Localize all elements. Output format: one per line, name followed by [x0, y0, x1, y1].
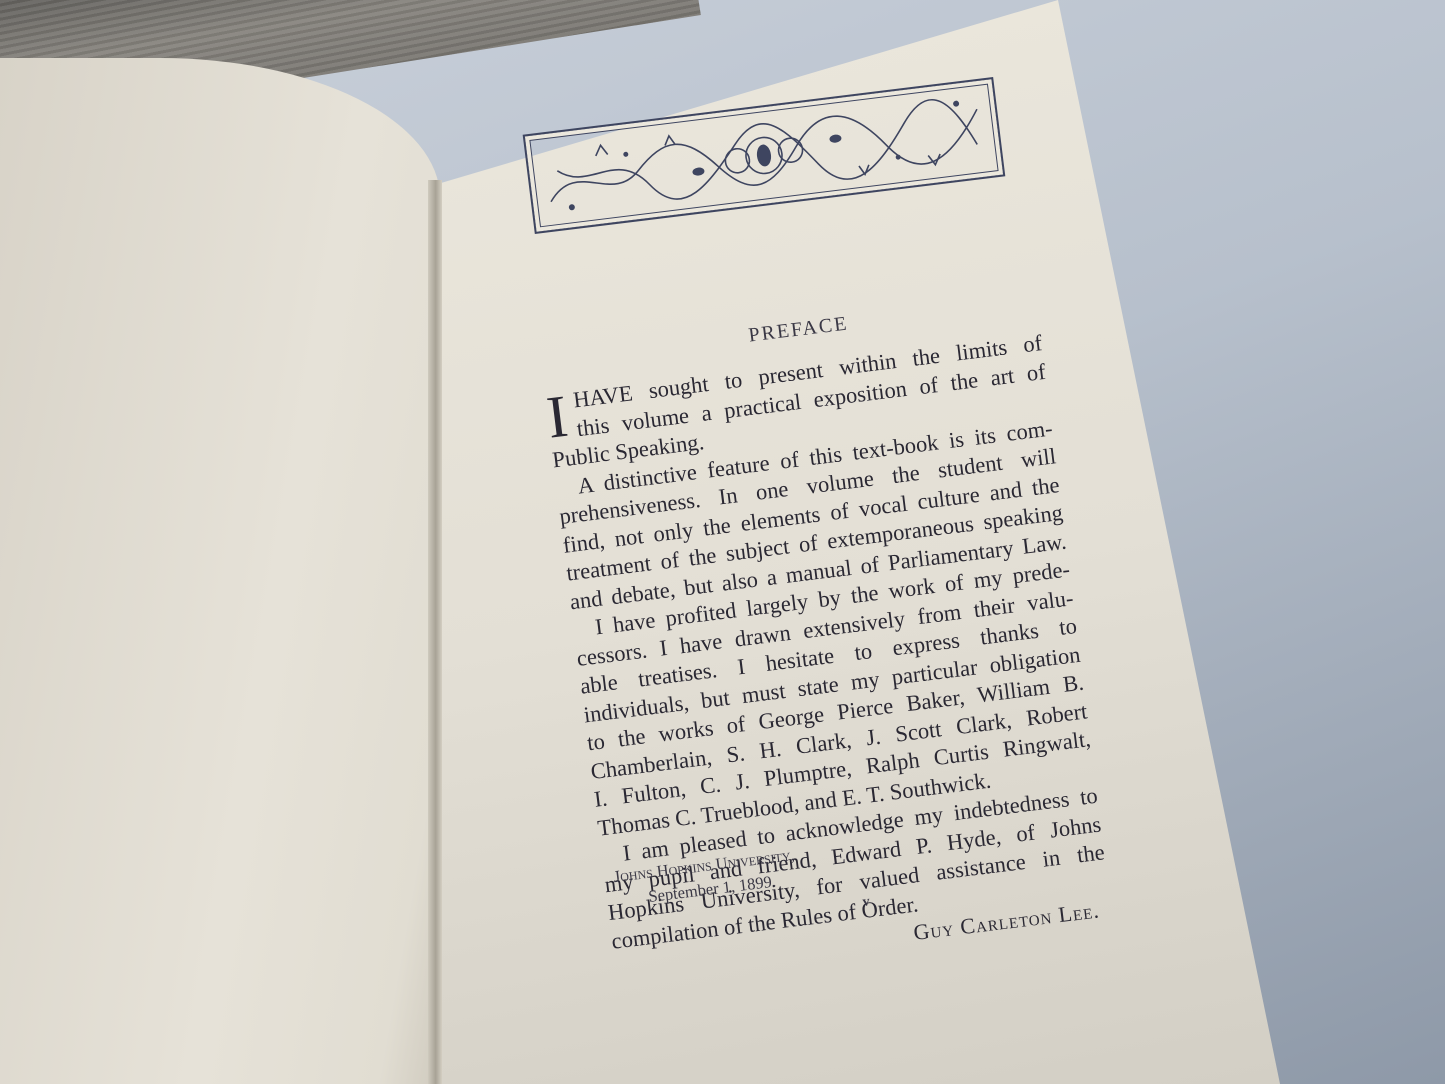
left-page-blank [0, 58, 440, 1084]
book-gutter [428, 180, 442, 1084]
